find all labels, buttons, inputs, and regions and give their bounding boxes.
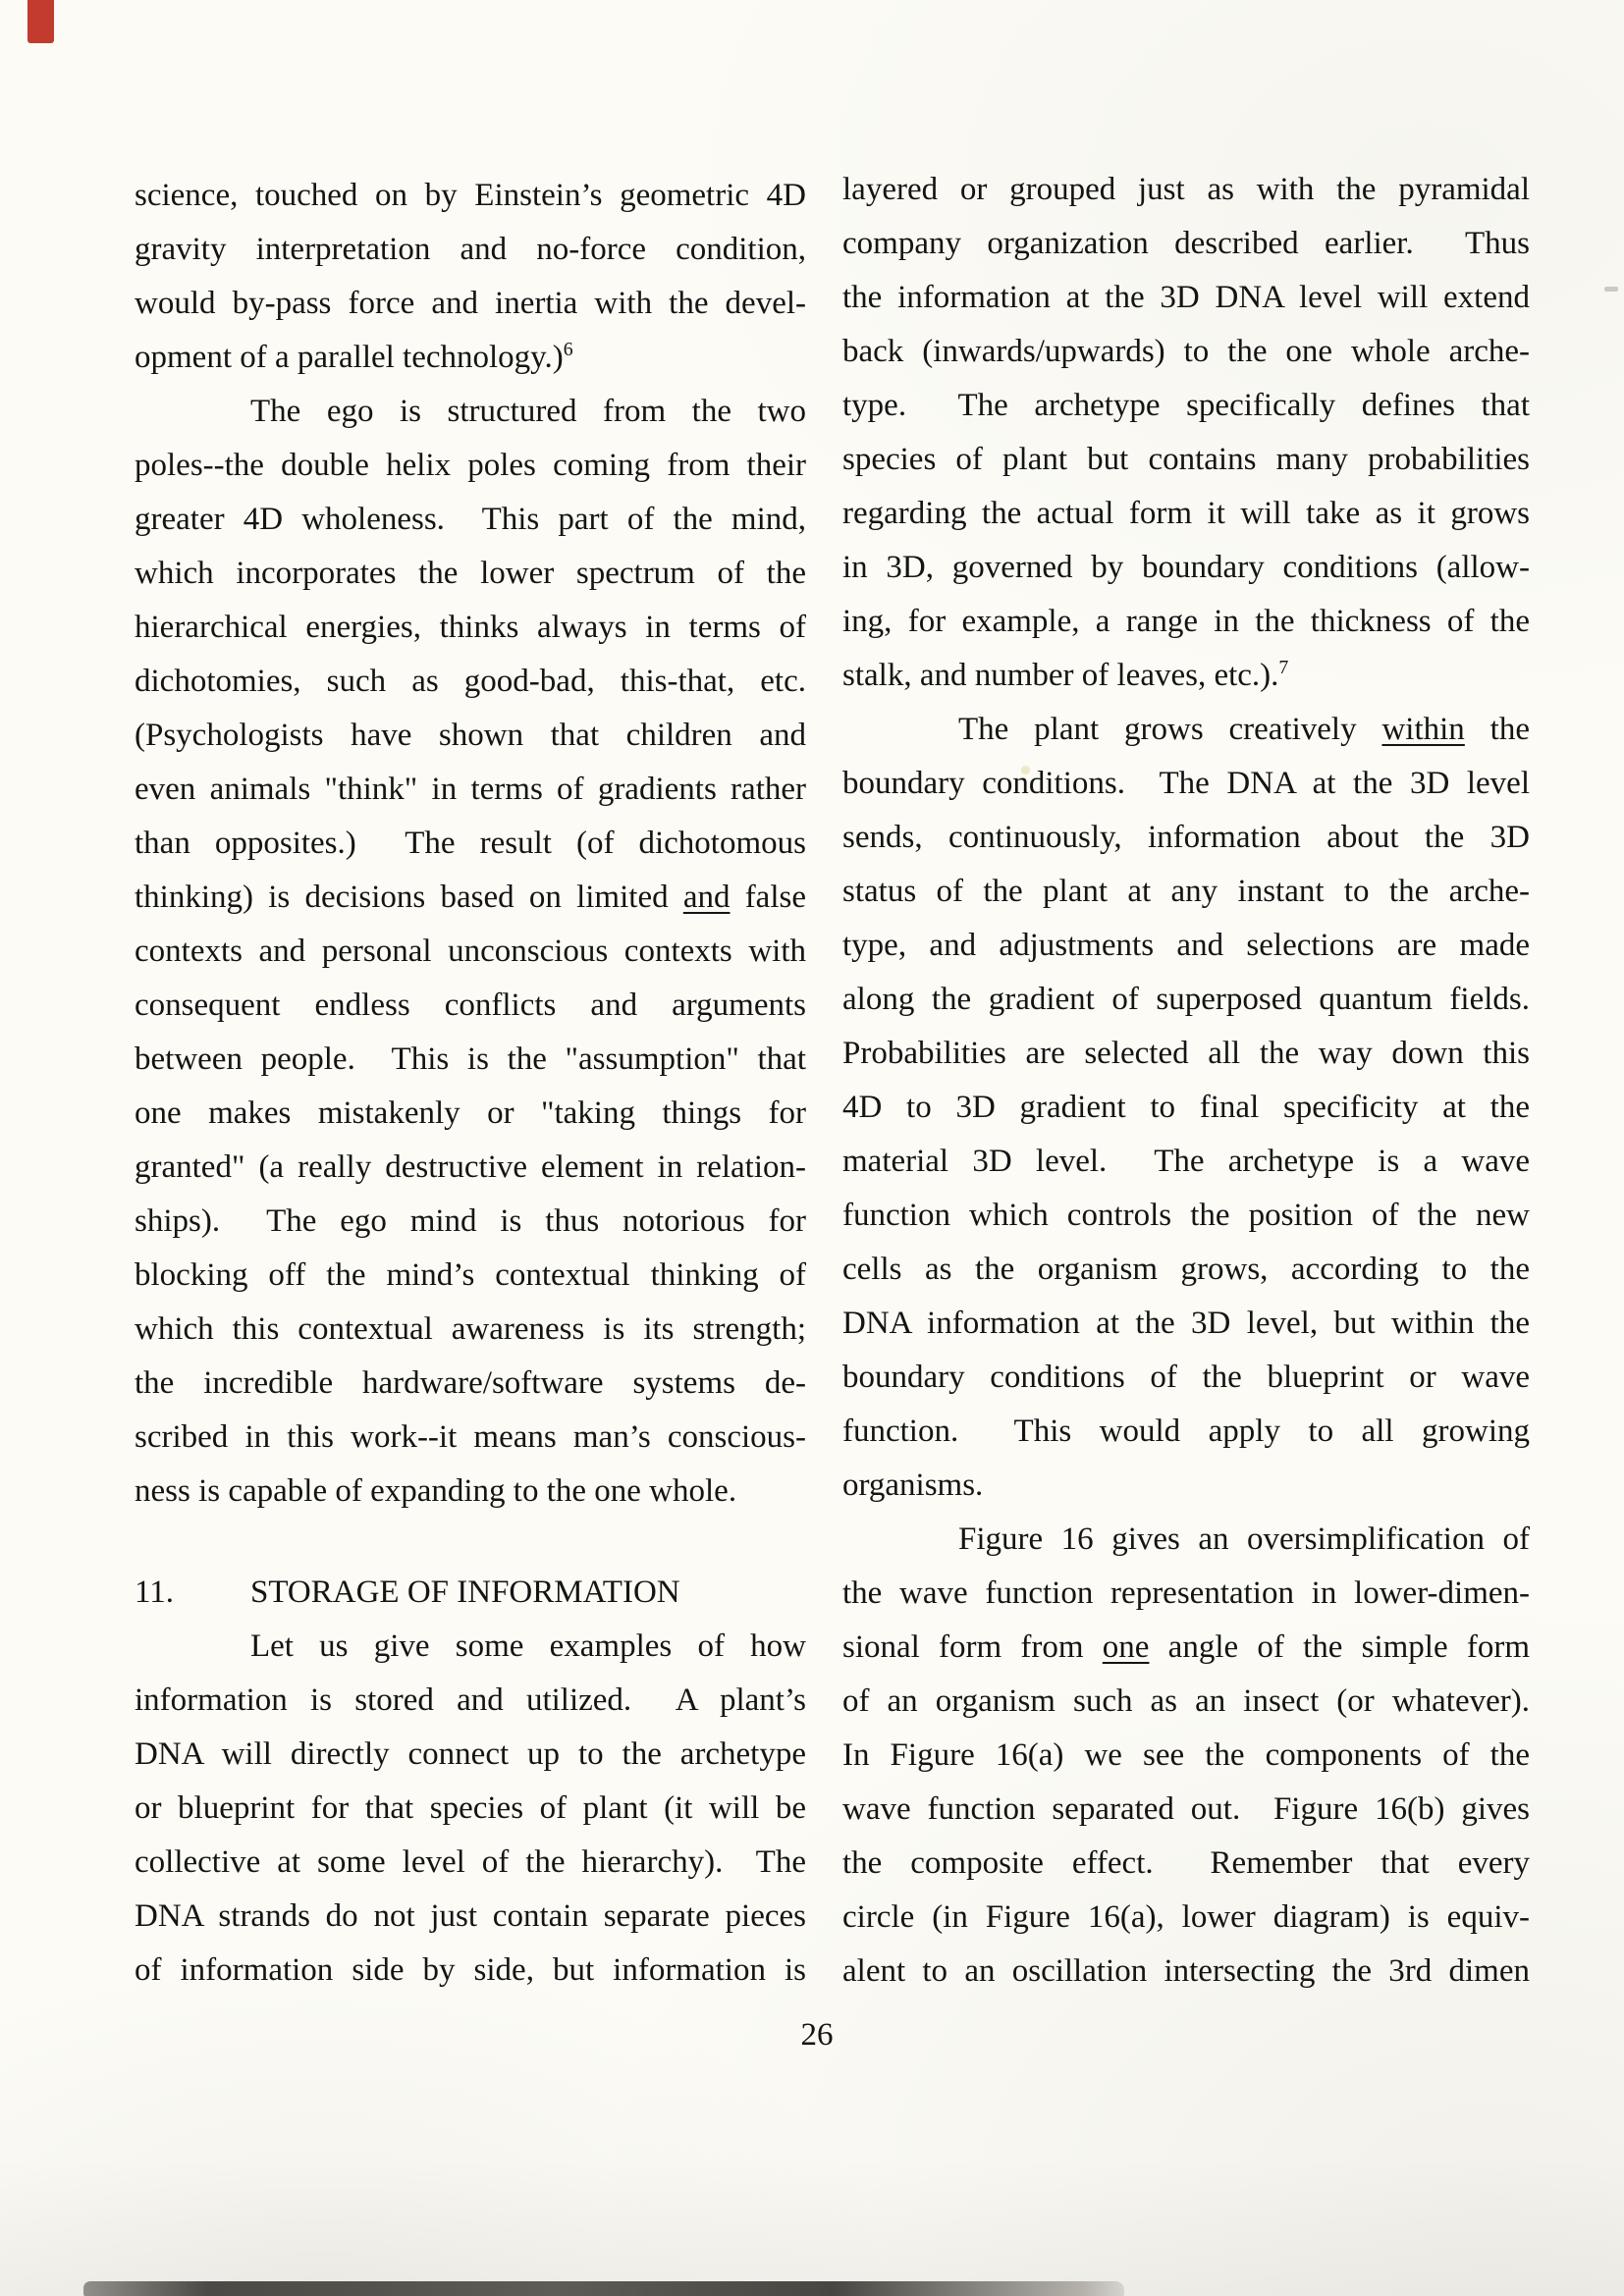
text-line: which this contextual awareness is its s… — [135, 1303, 806, 1357]
text-line: than opposites.) The result (of dichotom… — [135, 817, 806, 871]
heading-title: STORAGE OF INFORMATION — [250, 1575, 680, 1610]
text-line: ing, for example, a range in the thickne… — [842, 595, 1530, 649]
text-line: boundary conditions. The DNA at the 3D l… — [842, 757, 1530, 811]
text-line: hierarchical energies, thinks always in … — [135, 601, 806, 655]
text-line: layered or grouped just as with the pyra… — [842, 163, 1530, 217]
scanned-book-page: { "page": { "number": "26" }, "artifacts… — [0, 0, 1624, 2296]
text-line: material 3D level. The archetype is a wa… — [842, 1135, 1530, 1189]
text-line: or blueprint for that species of plant (… — [135, 1782, 806, 1836]
text-line: DNA strands do not just contain separate… — [135, 1890, 806, 1944]
text-line: gravity interpretation and no-force cond… — [135, 223, 806, 277]
text-line: ships). The ego mind is thus notorious f… — [135, 1195, 806, 1249]
text-line: boundary conditions of the blueprint or … — [842, 1351, 1530, 1405]
text-line: sional form from one angle of the simple… — [842, 1621, 1530, 1675]
text-line: sends, continuously, information about t… — [842, 811, 1530, 865]
text-line: DNA will directly connect up to the arch… — [135, 1728, 806, 1782]
text-line: DNA information at the 3D level, but wit… — [842, 1297, 1530, 1351]
text-line: function which controls the position of … — [842, 1189, 1530, 1243]
page-number: 26 — [785, 2008, 848, 2062]
text-line: collective at some level of the hierarch… — [135, 1836, 806, 1890]
text-line: the wave function representation in lowe… — [842, 1567, 1530, 1621]
text-line: type, and adjustments and selections are… — [842, 919, 1530, 973]
text-line: circle (in Figure 16(a), lower diagram) … — [842, 1891, 1530, 1945]
text-line: along the gradient of superposed quantum… — [842, 973, 1530, 1027]
left-column: science, touched on by Einstein’s geomet… — [135, 169, 806, 1998]
heading-number: 11. — [135, 1566, 250, 1620]
text-line: The ego is structured from the two — [135, 385, 806, 439]
text-line: status of the plant at any instant to th… — [842, 865, 1530, 919]
text-line: science, touched on by Einstein’s geomet… — [135, 169, 806, 223]
text-line: Probabilities are selected all the way d… — [842, 1027, 1530, 1081]
text-line: (Psychologists have shown that children … — [135, 709, 806, 763]
text-line: greater 4D wholeness. This part of the m… — [135, 493, 806, 547]
text-line: thinking) is decisions based on limited … — [135, 871, 806, 925]
text-line: type. The archetype specifically defines… — [842, 379, 1530, 433]
text-line: of an organism such as an insect (or wha… — [842, 1675, 1530, 1729]
text-line: cells as the organism grows, according t… — [842, 1243, 1530, 1297]
text-line: one makes mistakenly or "taking things f… — [135, 1087, 806, 1141]
text-line: between people. This is the "assumption"… — [135, 1033, 806, 1087]
text-line: wave function separated out. Figure 16(b… — [842, 1783, 1530, 1837]
text-line: Let us give some examples of how — [135, 1620, 806, 1674]
text-line: ness is capable of expanding to the one … — [135, 1465, 806, 1519]
text-line: organisms. — [842, 1459, 1530, 1513]
text-line: Figure 16 gives an oversimplification of — [842, 1513, 1530, 1567]
text-line: dichotomies, such as good-bad, this-that… — [135, 655, 806, 709]
text-line: the information at the 3D DNA level will… — [842, 271, 1530, 325]
text-line: contexts and personal unconscious contex… — [135, 925, 806, 979]
text-line: species of plant but contains many proba… — [842, 433, 1530, 487]
text-line: opment of a parallel technology.)6 — [135, 331, 806, 385]
text-line: regarding the actual form it will take a… — [842, 487, 1530, 541]
text-line: poles--the double helix poles coming fro… — [135, 439, 806, 493]
text-line: The plant grows creatively within the — [842, 703, 1530, 757]
text-line: the composite effect. Remember that ever… — [842, 1837, 1530, 1891]
red-scan-marker — [27, 0, 54, 43]
bottom-scan-edge-shadow — [83, 2281, 1124, 2296]
right-column: layered or grouped just as with the pyra… — [842, 163, 1530, 1999]
text-line: granted" (a really destructive element i… — [135, 1141, 806, 1195]
text-line: function. This would apply to all growin… — [842, 1405, 1530, 1459]
text-line: of information side by side, but informa… — [135, 1944, 806, 1998]
text-line: which incorporates the lower spectrum of… — [135, 547, 806, 601]
text-line: even animals "think" in terms of gradien… — [135, 763, 806, 817]
text-line: would by-pass force and inertia with the… — [135, 277, 806, 331]
text-line: blocking off the mind’s contextual think… — [135, 1249, 806, 1303]
text-line: information is stored and utilized. A pl… — [135, 1674, 806, 1728]
text-line: consequent endless conflicts and argumen… — [135, 979, 806, 1033]
text-line: the incredible hardware/software systems… — [135, 1357, 806, 1411]
text-line: In Figure 16(a) we see the components of… — [842, 1729, 1530, 1783]
text-line: 4D to 3D gradient to final specificity a… — [842, 1081, 1530, 1135]
scan-speck — [1604, 287, 1618, 292]
text-line: scribed in this work--it means man’s con… — [135, 1411, 806, 1465]
section-heading: 11.STORAGE OF INFORMATION — [135, 1566, 806, 1620]
text-line: company organization described earlier. … — [842, 217, 1530, 271]
text-line: alent to an oscillation intersecting the… — [842, 1945, 1530, 1999]
scan-speck — [1021, 766, 1030, 774]
text-line: in 3D, governed by boundary conditions (… — [842, 541, 1530, 595]
text-line: stalk, and number of leaves, etc.).7 — [842, 649, 1530, 703]
text-line: back (inwards/upwards) to the one whole … — [842, 325, 1530, 379]
